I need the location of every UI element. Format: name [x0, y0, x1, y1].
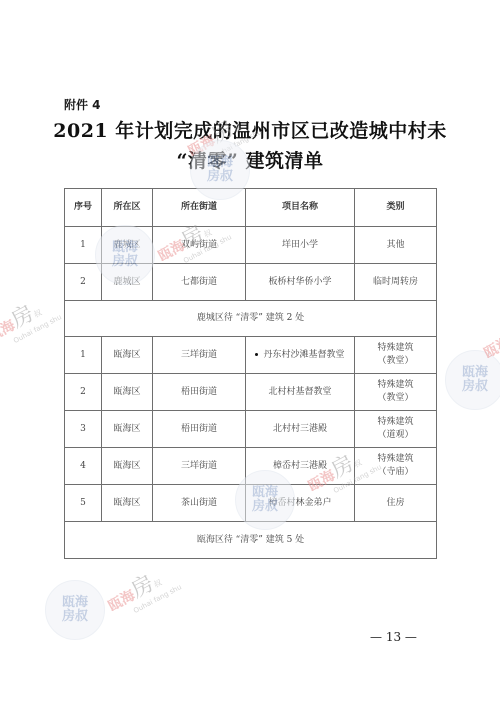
cell-district: 鹿城区 [102, 227, 153, 264]
watermark-text: 瓯海 [480, 332, 500, 363]
cell-district: 瓯海区 [102, 411, 153, 448]
cell-category: 特殊建筑（寺庙） [355, 448, 437, 485]
table-row: 2 鹿城区 七都街道 板桥村华侨小学 临时周转房 [65, 264, 437, 301]
table-row: 1 瓯海区 三垟街道 丹东村沙滩基督教堂 特殊建筑（教堂） [65, 337, 437, 374]
header-no: 序号 [65, 189, 102, 227]
cell-street: 茶山街道 [153, 485, 246, 522]
building-list-table: 序号 所在区 所在街道 项目名称 类别 1 鹿城区 双屿街道 垟田小学 其他 2… [64, 188, 437, 559]
header-district: 所在区 [102, 189, 153, 227]
cell-street: 三垟街道 [153, 337, 246, 374]
cell-no: 3 [65, 411, 102, 448]
category-main: 特殊建筑 [355, 342, 436, 355]
category-sub: （教堂） [355, 392, 436, 405]
cell-no: 4 [65, 448, 102, 485]
cell-district: 瓯海区 [102, 448, 153, 485]
cell-project: 板桥村华侨小学 [246, 264, 355, 301]
cell-no: 1 [65, 337, 102, 374]
header-street: 所在街道 [153, 189, 246, 227]
cell-no: 1 [65, 227, 102, 264]
cell-street: 双屿街道 [153, 227, 246, 264]
header-project: 项目名称 [246, 189, 355, 227]
summary-row-ouhai: 瓯海区待 “清零” 建筑 5 处 [65, 522, 437, 559]
table-row: 1 鹿城区 双屿街道 垟田小学 其他 [65, 227, 437, 264]
cell-no: 2 [65, 374, 102, 411]
cell-no: 5 [65, 485, 102, 522]
watermark-seal-bottom: 瓯海房叔 [45, 580, 105, 640]
bullet-dot [255, 353, 258, 356]
category-main: 特殊建筑 [355, 379, 436, 392]
cell-category: 特殊建筑（道观） [355, 411, 437, 448]
cell-district: 瓯海区 [102, 485, 153, 522]
category-sub: （道观） [355, 429, 436, 442]
cell-category: 其他 [355, 227, 437, 264]
cell-category: 住房 [355, 485, 437, 522]
cell-project: 北村村三港殿 [246, 411, 355, 448]
cell-district: 瓯海区 [102, 337, 153, 374]
cell-street: 梧田街道 [153, 374, 246, 411]
page-number: — 13 — [370, 630, 417, 644]
cell-project: 樟岙村林金弟户 [246, 485, 355, 522]
project-name: 丹东村沙滩基督教堂 [263, 350, 344, 360]
summary-ouhai: 瓯海区待 “清零” 建筑 5 处 [65, 522, 437, 559]
cell-street: 三垟街道 [153, 448, 246, 485]
cell-project: 樟岙村三港殿 [246, 448, 355, 485]
cell-district: 鹿城区 [102, 264, 153, 301]
table-row: 2 瓯海区 梧田街道 北村村基督教堂 特殊建筑（教堂） [65, 374, 437, 411]
table-row: 5 瓯海区 茶山街道 樟岙村林金弟户 住房 [65, 485, 437, 522]
cell-district: 瓯海区 [102, 374, 153, 411]
header-category: 类别 [355, 189, 437, 227]
cell-category: 特殊建筑（教堂） [355, 374, 437, 411]
cell-no: 2 [65, 264, 102, 301]
cell-project: 北村村基督教堂 [246, 374, 355, 411]
document-title-line2: “清零” 建筑清单 [0, 146, 500, 173]
watermark-text: 瓯海房叔 Ouhai fang shu [100, 556, 183, 625]
cell-project: 丹东村沙滩基督教堂 [246, 337, 355, 374]
attachment-label: 附件 4 [64, 96, 101, 113]
category-main: 特殊建筑 [355, 453, 436, 466]
cell-street: 七都街道 [153, 264, 246, 301]
category-sub: （教堂） [355, 355, 436, 368]
summary-lucheng: 鹿城区待 “清零” 建筑 2 处 [65, 301, 437, 337]
category-sub: （寺庙） [355, 466, 436, 479]
watermark-seal-icon: 瓯海房叔 [45, 580, 105, 640]
cell-street: 梧田街道 [153, 411, 246, 448]
watermark-seal-icon: 瓯海房叔 [445, 350, 500, 410]
cell-project: 垟田小学 [246, 227, 355, 264]
table-header-row: 序号 所在区 所在街道 项目名称 类别 [65, 189, 437, 227]
cell-category: 临时周转房 [355, 264, 437, 301]
summary-row-lucheng: 鹿城区待 “清零” 建筑 2 处 [65, 301, 437, 337]
document-title-line1: 2021 年计划完成的温州市区已改造城中村未 [0, 116, 500, 143]
watermark-text: 瓯海房叔 Ouhai fang shu [0, 286, 63, 355]
cell-category: 特殊建筑（教堂） [355, 337, 437, 374]
table-row: 4 瓯海区 三垟街道 樟岙村三港殿 特殊建筑（寺庙） [65, 448, 437, 485]
table-row: 3 瓯海区 梧田街道 北村村三港殿 特殊建筑（道观） [65, 411, 437, 448]
category-main: 特殊建筑 [355, 416, 436, 429]
watermark-seal-right: 瓯海房叔 [445, 350, 500, 410]
